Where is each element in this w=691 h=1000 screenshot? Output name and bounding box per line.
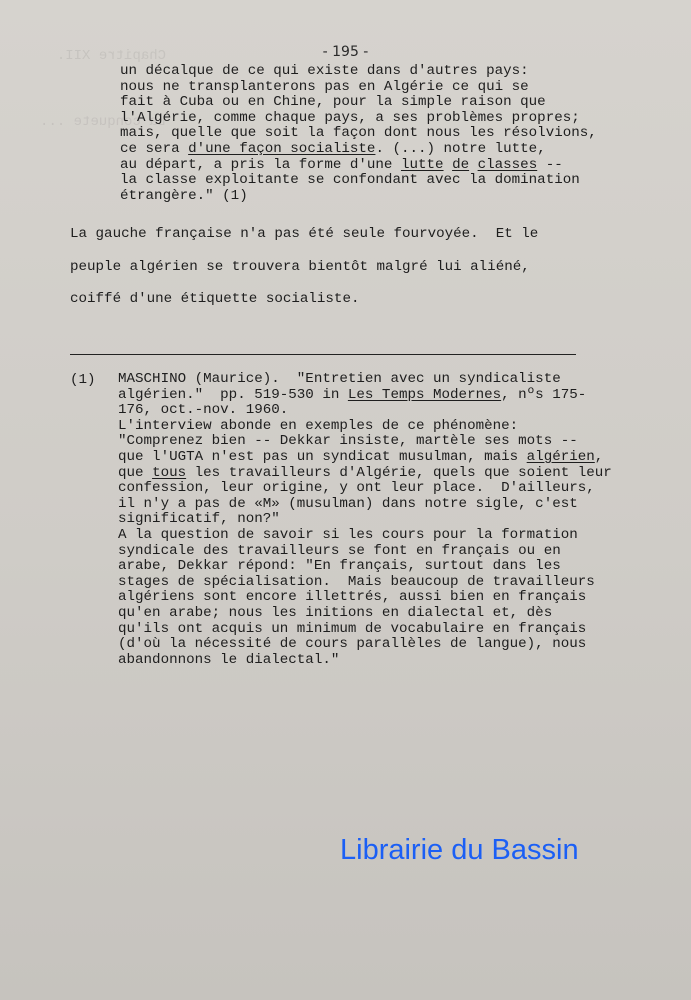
text-line: stages de spécialisation. Mais beaucoup …	[118, 575, 612, 591]
text-line: "Comprenez bien -- Dekkar insiste, martè…	[118, 434, 612, 450]
text-line: algérien." pp. 519-530 in Les Temps Mode…	[118, 388, 612, 404]
underlined-text: de	[452, 157, 469, 173]
text-line: significatif, non?"	[118, 512, 612, 528]
underlined-text: algérien	[527, 449, 595, 465]
text-line: coiffé d'une étiquette socialiste.	[70, 283, 538, 316]
text-line: syndicale des travailleurs se font en fr…	[118, 544, 612, 560]
text-line: étrangère." (1)	[120, 189, 597, 205]
text-line: fait à Cuba ou en Chine, pour la simple …	[120, 95, 597, 111]
text-line: qu'ils ont acquis un minimum de vocabula…	[118, 622, 612, 638]
text-line: qu'en arabe; nous les initions en dialec…	[118, 606, 612, 622]
text-line: un décalque de ce qui existe dans d'autr…	[120, 64, 597, 80]
text-line: arabe, Dekkar répond: "En français, surt…	[118, 559, 612, 575]
text-line: (d'où la nécessité de cours parallèles d…	[118, 637, 612, 653]
quoted-passage: un décalque de ce qui existe dans d'autr…	[120, 64, 597, 204]
footnote-marker: (1)	[70, 372, 96, 388]
footnote-text: MASCHINO (Maurice). "Entretien avec un s…	[118, 372, 612, 668]
text-line: La gauche française n'a pas été seule fo…	[70, 218, 538, 251]
text-line: MASCHINO (Maurice). "Entretien avec un s…	[118, 372, 612, 388]
text-line: que tous les travailleurs d'Algérie, que…	[118, 466, 612, 482]
text-line: algériens sont encore illettrés, aussi b…	[118, 590, 612, 606]
text-line: au départ, a pris la forme d'une lutte d…	[120, 158, 597, 174]
watermark: Librairie du Bassin	[340, 834, 579, 867]
body-paragraph: La gauche française n'a pas été seule fo…	[70, 218, 538, 316]
text-line: la classe exploitante se confondant avec…	[120, 173, 597, 189]
underlined-text: lutte	[401, 157, 444, 173]
text-line: nous ne transplanterons pas en Algérie c…	[120, 80, 597, 96]
footnote-separator	[70, 354, 576, 355]
underlined-text: classes	[478, 157, 538, 173]
text-line: peuple algérien se trouvera bientôt malg…	[70, 251, 538, 284]
underlined-text: Les Temps Modernes	[348, 387, 501, 403]
page-number: - 195 -	[0, 44, 691, 60]
text-line: 176, oct.-nov. 1960.	[118, 403, 612, 419]
text-line: il n'y a pas de «M» (musulman) dans notr…	[118, 497, 612, 513]
text-line: abandonnons le dialectal."	[118, 653, 612, 669]
underlined-text: tous	[152, 465, 186, 481]
text-line: L'interview abonde en exemples de ce phé…	[118, 419, 612, 435]
underlined-text: d'une façon socialiste	[188, 141, 375, 157]
text-line: mais, quelle que soit la façon dont nous…	[120, 126, 597, 142]
text-line: l'Algérie, comme chaque pays, a ses prob…	[120, 111, 597, 127]
text-line: que l'UGTA n'est pas un syndicat musulma…	[118, 450, 612, 466]
text-line: A la question de savoir si les cours pou…	[118, 528, 612, 544]
text-line: ce sera d'une façon socialiste. (...) no…	[120, 142, 597, 158]
text-line: confession, leur origine, y ont leur pla…	[118, 481, 612, 497]
